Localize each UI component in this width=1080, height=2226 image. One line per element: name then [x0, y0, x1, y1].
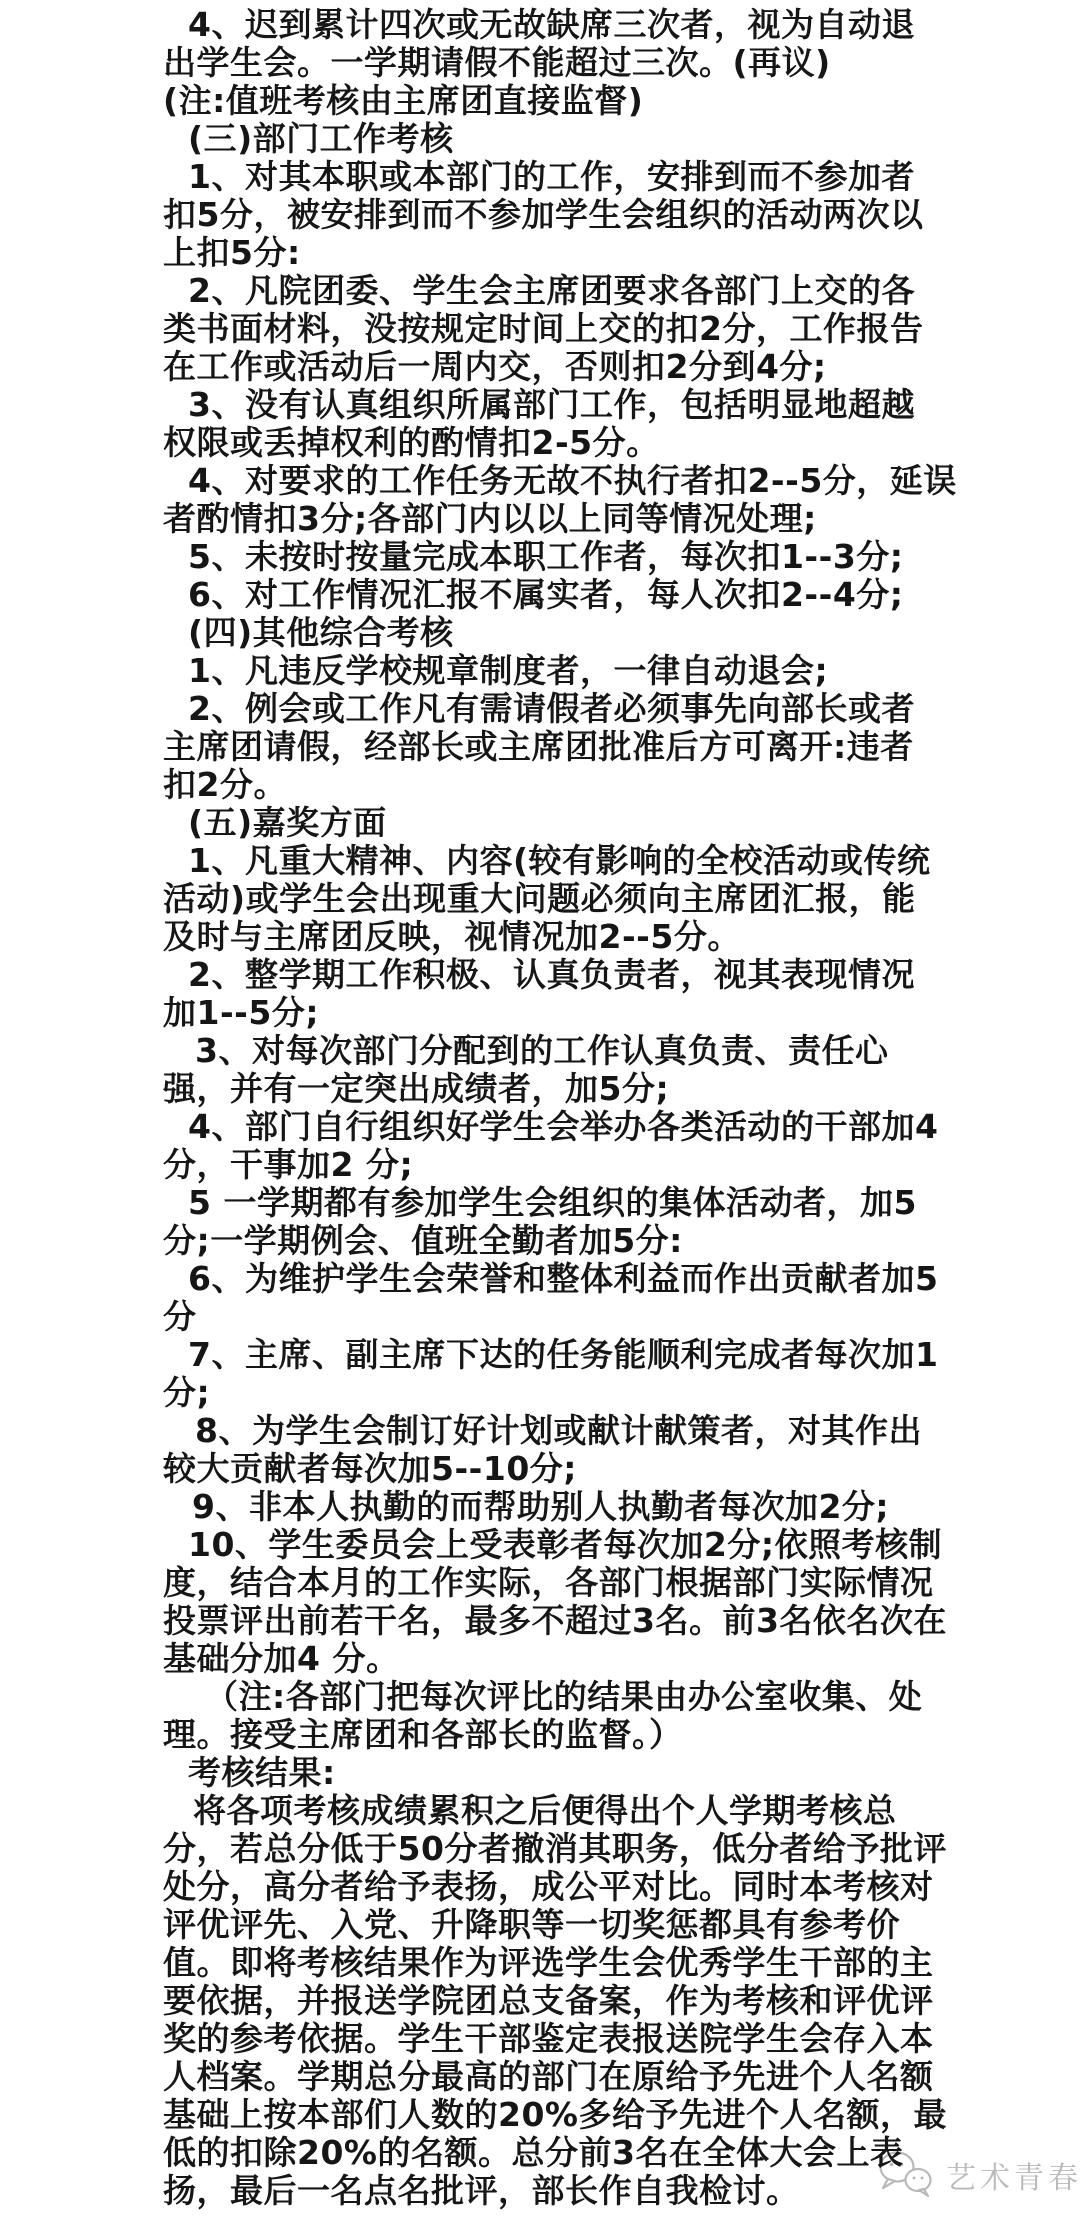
- text-line: 3、没有认真组织所属部门工作，包括明显地超越: [163, 386, 933, 424]
- text-line: 理。接受主席团和各部长的监督。）: [163, 1716, 933, 1754]
- text-line: 2、整学期工作积极、认真负责者，视其表现情况: [163, 956, 933, 994]
- text-line: 1、凡违反学校规章制度者，一律自动退会;: [163, 652, 933, 690]
- text-line: 分，若总分低于50分者撤消其职务，低分者给予批评: [163, 1830, 933, 1868]
- text-line: 分;: [163, 1374, 933, 1412]
- text-line: 基础分加4 分。: [163, 1640, 933, 1678]
- text-line: 扣2分。: [163, 766, 933, 804]
- text-line: 强，并有一定突出成绩者，加5分;: [163, 1070, 933, 1108]
- text-line: 较大贡献者每次加5--10分;: [163, 1450, 933, 1488]
- text-line: 8、为学生会制订好计划或献计献策者，对其作出: [163, 1412, 933, 1450]
- text-line: 5、未按时按量完成本职工作者，每次扣1--3分;: [163, 538, 933, 576]
- document-body: 4、迟到累计四次或无故缺席三次者，视为自动退出学生会。一学期请假不能超过三次。(…: [163, 6, 933, 2210]
- text-line: 人档案。学期总分最高的部门在原给予先进个人名额: [163, 2058, 933, 2096]
- text-line: 类书面材料，没按规定时间上交的扣2分，工作报告: [163, 310, 933, 348]
- text-line: 4、对要求的工作任务无故不执行者扣2--5分，延误: [163, 462, 933, 500]
- text-line: 及时与主席团反映，视情况加2--5分。: [163, 918, 933, 956]
- text-line: 2、凡院团委、学生会主席团要求各部门上交的各: [163, 272, 933, 310]
- text-line: 奖的参考依据。学生干部鉴定表报送院学生会存入本: [163, 2020, 933, 2058]
- text-line: 10、学生委员会上受表彰者每次加2分;依照考核制: [163, 1526, 933, 1564]
- text-line: 加1--5分;: [163, 994, 933, 1032]
- watermark-text: 艺术青春: [946, 2153, 1080, 2197]
- text-line: 1、凡重大精神、内容(较有影响的全校活动或传统: [163, 842, 933, 880]
- text-line: 者酌情扣3分;各部门内以以上同等情况处理;: [163, 500, 933, 538]
- text-line: 主席团请假，经部长或主席团批准后方可离开:违者: [163, 728, 933, 766]
- text-line: 值。即将考核结果作为评选学生会优秀学生干部的主: [163, 1944, 933, 1982]
- text-line: 分: [163, 1298, 933, 1336]
- text-line: 扬，最后一名点名批评，部长作自我检讨。: [163, 2172, 933, 2210]
- text-line: 评优评先、入党、升降职等一切奖惩都具有参考价: [163, 1906, 933, 1944]
- text-line: (注:值班考核由主席团直接监督): [163, 82, 933, 120]
- text-line: 分，干事加2 分;: [163, 1146, 933, 1184]
- text-line: 9、非本人执勤的而帮助别人执勤者每次加2分;: [163, 1488, 933, 1526]
- text-line: 扣5分，被安排到而不参加学生会组织的活动两次以: [163, 196, 933, 234]
- text-line: 上扣5分:: [163, 234, 933, 272]
- text-line: 6、对工作情况汇报不属实者，每人次扣2--4分;: [163, 576, 933, 614]
- text-line: 要依据，并报送学院团总支备案，作为考核和评优评: [163, 1982, 933, 2020]
- text-line: 低的扣除20%的名额。总分前3名在全体大会上表: [163, 2134, 933, 2172]
- text-line: (四)其他综合考核: [163, 614, 933, 652]
- text-line: 4、迟到累计四次或无故缺席三次者，视为自动退: [163, 6, 933, 44]
- text-line: 3、对每次部门分配到的工作认真负责、责任心: [163, 1032, 933, 1070]
- text-line: 5 一学期都有参加学生会组织的集体活动者，加5: [163, 1184, 933, 1222]
- text-line: (三)部门工作考核: [163, 120, 933, 158]
- text-line: 活动)或学生会出现重大问题必须向主席团汇报，能: [163, 880, 933, 918]
- text-line: 出学生会。一学期请假不能超过三次。(再议): [163, 44, 933, 82]
- text-line: 6、为维护学生会荣誉和整体利益而作出贡献者加5: [163, 1260, 933, 1298]
- text-line: 度，结合本月的工作实际，各部门根据部门实际情况: [163, 1564, 933, 1602]
- text-line: 分;一学期例会、值班全勤者加5分:: [163, 1222, 933, 1260]
- text-line: (五)嘉奖方面: [163, 804, 933, 842]
- text-line: 投票评出前若干名，最多不超过3名。前3名依名次在: [163, 1602, 933, 1640]
- document-page: 4、迟到累计四次或无故缺席三次者，视为自动退出学生会。一学期请假不能超过三次。(…: [0, 0, 1080, 2226]
- text-line: 处分，高分者给予表扬，成公平对比。同时本考核对: [163, 1868, 933, 1906]
- text-line: 权限或丢掉权利的酌情扣2-5分。: [163, 424, 933, 462]
- text-line: 1、对其本职或本部门的工作，安排到而不参加者: [163, 158, 933, 196]
- text-line: 7、主席、副主席下达的任务能顺利完成者每次加1: [163, 1336, 933, 1374]
- text-line: 基础上按本部们人数的20%多给予先进个人名额，最: [163, 2096, 933, 2134]
- text-line: 考核结果:: [163, 1754, 933, 1792]
- text-line: 2、例会或工作凡有需请假者必须事先向部长或者: [163, 690, 933, 728]
- text-line: 在工作或活动后一周内交，否则扣2分到4分;: [163, 348, 933, 386]
- text-line: 将各项考核成绩累积之后便得出个人学期考核总: [163, 1792, 933, 1830]
- text-line: 4、部门自行组织好学生会举办各类活动的干部加4: [163, 1108, 933, 1146]
- text-line: （注:各部门把每次评比的结果由办公室收集、处: [163, 1678, 933, 1716]
